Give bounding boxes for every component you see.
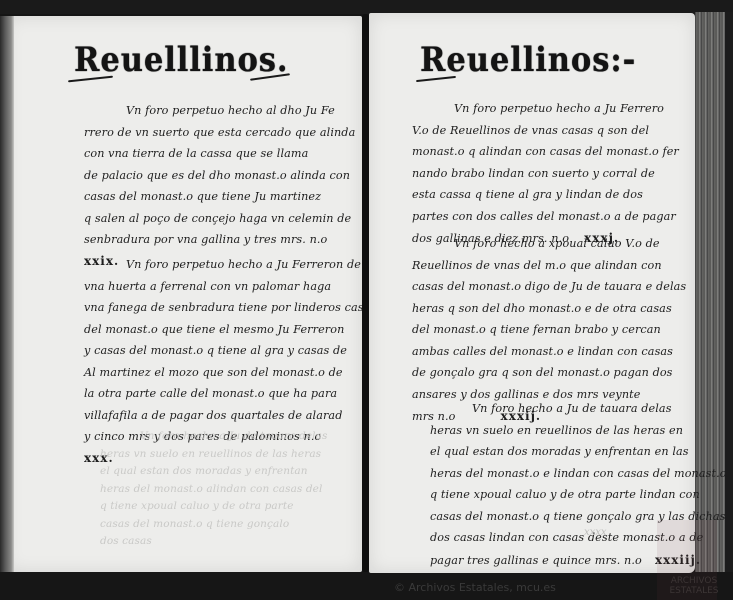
text-line: heras q son del dho monast.o e de otra c…	[412, 298, 686, 320]
scan-bottom-border	[0, 572, 733, 600]
text-line: V.o de Reuellinos de vnas casas q son de…	[412, 120, 679, 142]
left-page-edge	[0, 16, 14, 572]
text-line: Vn foro perpetuo hecho a Ju Ferrero	[412, 98, 679, 120]
text-line: con vna tierra de la cassa que se llama	[84, 143, 355, 165]
text-line: nando brabo lindan con suerto y corral d…	[412, 163, 679, 185]
right-page-title: Reuellinos:-	[420, 40, 636, 80]
text-line: heras vn suelo en reuellinos de las hera…	[430, 420, 727, 442]
text-line: monast.o q alindan con casas del monast.…	[412, 141, 679, 163]
text-line: partes con dos calles del monast.o a de …	[412, 206, 679, 228]
text-line: rrero de vn suerto que esta cercado que …	[84, 122, 355, 144]
bleed-line: el qual estan dos moradas y enfrentan	[100, 463, 328, 481]
text-line: casas del monast.o que tiene Ju martinez	[84, 186, 355, 208]
scan-top-border	[0, 0, 733, 14]
text-line: esta cassa q tiene al gra y lindan de do…	[412, 184, 679, 206]
text-line: vna fanega de senbradura tiene por linde…	[84, 297, 376, 319]
text-line: senbradura por vna gallina y tres mrs. n…	[84, 229, 355, 251]
manuscript-spread: Reuelllinos. Vn foro perpetuo hecho al d…	[0, 0, 733, 600]
text-line: casas del monast.o digo de Ju de tauara …	[412, 276, 686, 298]
book-spine	[362, 14, 369, 572]
left-page-title: Reuelllinos.	[74, 40, 288, 80]
archive-logo-text: ARCHIVOS ESTATALES	[664, 576, 724, 596]
bleed-line: heras vn suelo en reuellinos de las hera…	[100, 446, 328, 464]
text-line: Vn foro perpetuo hecho a Ju Ferreron de	[84, 254, 376, 276]
bleed-line: q tiene xpoual caluo y de otra parte	[100, 498, 328, 516]
text-line: ambas calles del monast.o e lindan con c…	[412, 341, 686, 363]
margin-note: xxxx	[584, 527, 607, 538]
left-entry-1: Vn foro perpetuo hecho al dho Ju Fe rrer…	[84, 100, 355, 272]
text-line: del monast.o q tiene fernan brabo y cerc…	[412, 319, 686, 341]
bleed-line: dos casas	[100, 533, 328, 551]
bleed-through-text: Vn foro hecho a Ju de tauara delas heras…	[100, 428, 328, 551]
text-line: q salen al poço de conçejo haga vn celem…	[84, 208, 355, 230]
text-line: heras del monast.o e lindan con casas de…	[430, 463, 727, 485]
text-line: Vn foro perpetuo hecho al dho Ju Fe	[84, 100, 355, 122]
bleed-line: casas del monast.o q tiene gonçalo	[100, 516, 328, 534]
text-line: Vn foro hecho a xpoual caluo V.o de	[412, 233, 686, 255]
text-line: y casas del monast.o q tiene al gra y ca…	[84, 340, 376, 362]
text-line: vna huerta a ferrenal con vn palomar hag…	[84, 276, 376, 298]
text-line: Vn foro hecho a Ju de tauara delas	[430, 398, 727, 420]
text-line: la otra parte calle del monast.o que ha …	[84, 383, 376, 405]
copyright-watermark: © Archivos Estatales, mcu.es	[394, 581, 556, 594]
text-line: q tiene xpoual caluo y de otra parte lin…	[430, 484, 727, 506]
text-line: del monast.o que tiene el mesmo Ju Ferre…	[84, 319, 376, 341]
bleed-line: Vn foro hecho a Ju de tauara delas	[100, 428, 328, 446]
bleed-line: heras del monast.o alindan con casas del	[100, 481, 328, 499]
text-line: el qual estan dos moradas y enfrentan en…	[430, 441, 727, 463]
text-line: Reuellinos de vnas del m.o que alindan c…	[412, 255, 686, 277]
text-line: Al martinez el mozo que son del monast.o…	[84, 362, 376, 384]
text-line: pagar tres gallinas e quince mrs. n.o	[430, 550, 642, 572]
text-line: de gonçalo gra q son del monast.o pagan …	[412, 362, 686, 384]
right-entry-1: Vn foro perpetuo hecho a Ju Ferrero V.o …	[412, 98, 679, 250]
text-line: villafafila a de pagar dos quartales de …	[84, 405, 376, 427]
text-line: de palacio que es del dho monast.o alind…	[84, 165, 355, 187]
